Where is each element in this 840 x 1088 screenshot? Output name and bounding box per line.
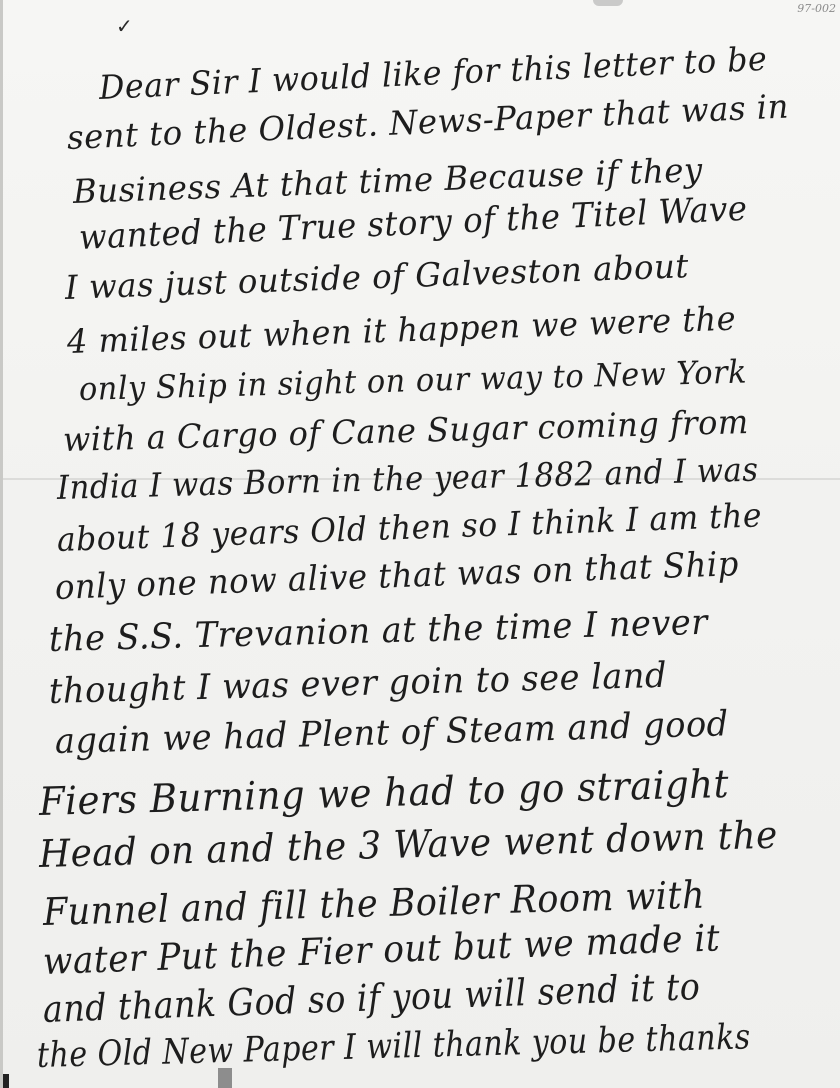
letter-line: 4 miles out when it happen we were the — [66, 299, 736, 361]
archive-reference-number: 97-002 — [797, 2, 836, 15]
letter-line: again we had Plent of Steam and good — [54, 704, 729, 762]
letter-line: thought I was ever goin to see land — [48, 656, 667, 712]
corner-shadow — [3, 1074, 9, 1088]
margin-checkmark-icon: ✓ — [116, 14, 133, 38]
letter-line: Head on and the 3 Wave went down the — [38, 813, 778, 876]
letter-line: I was just outside of Galveston about — [64, 246, 689, 307]
paper-tab-mark — [218, 1068, 232, 1088]
letter-line: with a Cargo of Cane Sugar coming from — [62, 402, 749, 459]
paper-smudge — [593, 0, 623, 6]
letter-line: only Ship in sight on our way to New Yor… — [79, 353, 748, 408]
letter-line: Fiers Burning we had to go straight — [38, 762, 729, 825]
letter-line: the S.S. Trevanion at the time I never — [48, 603, 708, 660]
letter-page: 97-002 ✓ Dear Sir I would like for this … — [0, 0, 840, 1088]
